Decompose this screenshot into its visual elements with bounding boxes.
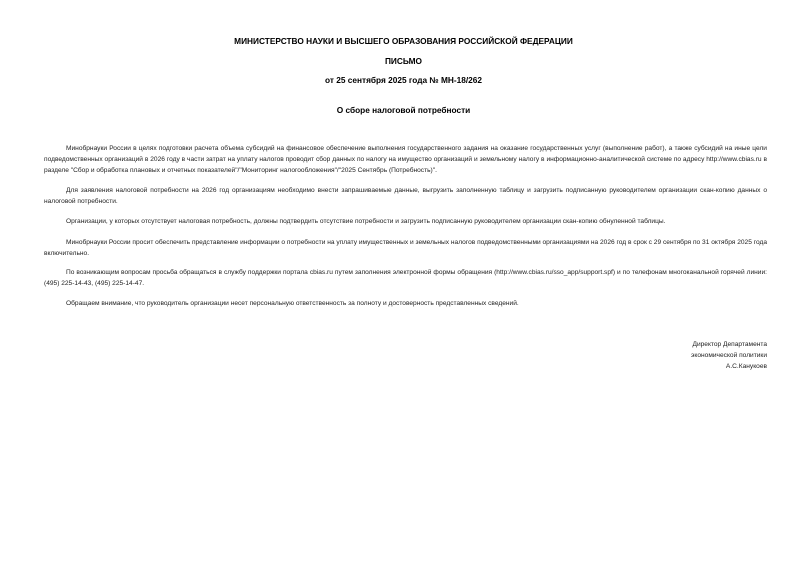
document-page: МИНИСТЕРСТВО НАУКИ И ВЫСШЕГО ОБРАЗОВАНИЯ… [0,0,807,571]
signatory-name: А.С.Канукоев [691,361,767,372]
document-type: ПИСЬМО [0,56,807,66]
paragraph-6: Обращаем внимание, что руководитель орга… [44,298,767,309]
paragraph-2: Для заявления налоговой потребности на 2… [44,185,767,207]
signature-block: Директор Департамента экономической поли… [691,339,767,372]
signatory-position-line2: экономической политики [691,350,767,361]
paragraph-1: Минобрнауки России в целях подготовки ра… [44,143,767,176]
signatory-position-line1: Директор Департамента [691,339,767,350]
paragraph-4: Минобрнауки России просит обеспечить пре… [44,237,767,259]
paragraph-3: Организации, у которых отсутствует налог… [44,216,767,227]
ministry-heading: МИНИСТЕРСТВО НАУКИ И ВЫСШЕГО ОБРАЗОВАНИЯ… [0,36,807,46]
date-and-number: от 25 сентября 2025 года № МН-18/262 [0,75,807,85]
document-subject: О сборе налоговой потребности [0,105,807,115]
paragraph-5: По возникающим вопросам просьба обращать… [44,267,767,289]
